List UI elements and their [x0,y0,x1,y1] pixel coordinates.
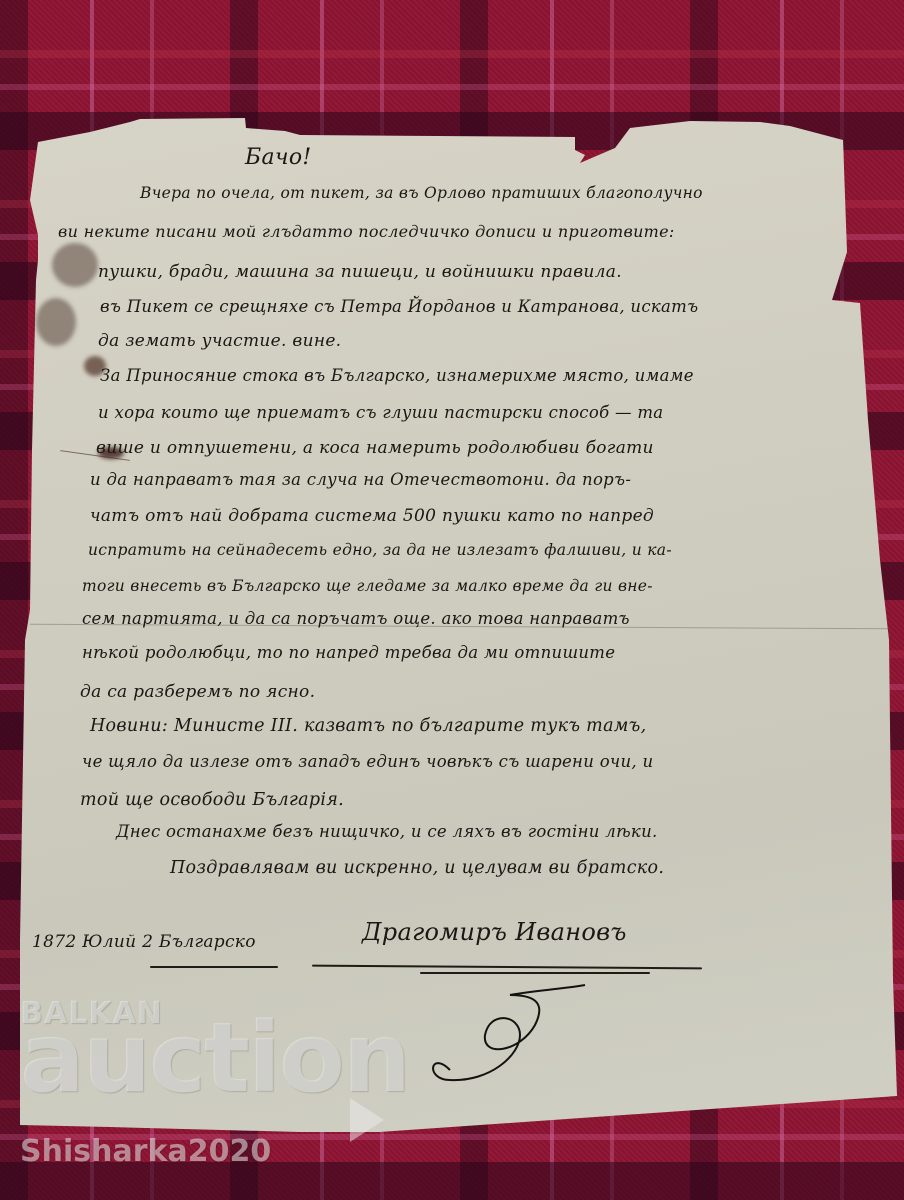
letter-line: За Приносяние стока въ Българско, изнаме… [100,366,694,385]
letter-line: вишe и отпушетени, а коса намерить родол… [96,438,654,458]
watermark-brand-main: auction [20,1010,409,1106]
signature-flourish [410,980,610,1100]
letter-line: Вчера по очела, от пикет, за въ Орлово п… [140,184,703,202]
letter-line: Днес останахме безъ нищичко, и се ляхъ в… [116,822,658,841]
ink-stain [52,243,98,287]
watermark-play-icon [350,1098,384,1142]
letter-line: въ Пикет се срещняхе съ Петра Йорданов и… [100,297,698,316]
letter-line: чатъ отъ най добрата система 500 пушки к… [90,506,654,526]
letter-line: нѣкой родолюбци, то по напред требва да … [82,643,615,662]
date-underline [150,966,278,968]
letter-line: Поздравлявам ви искренно, и целувам ви б… [170,858,664,878]
letter-date-place: 1872 Юлий 2 Българско [32,932,256,952]
letter-salutation: Бачо! [245,145,312,170]
letter-line: Новини: Министе III. казватъ по българит… [90,716,646,736]
letter-line: че щяло да излезе отъ западъ единъ човѣк… [82,752,653,771]
letter-signature: Драгомиръ Ивановъ [362,918,627,946]
letter-line: и хора които ще приематъ съ глуши пастир… [98,403,663,422]
letter-line: сем партията, и да са поръчатъ още. ако … [82,609,630,628]
letter-line: да са разберемъ по ясно. [80,682,315,702]
letter-line: да земать участие. вине. [98,331,341,351]
letter-line: испратить на сейнадесеть едно, за да не … [88,541,672,559]
signature-underline [420,972,650,974]
letter-line: и да направатъ тая за случа на Отечество… [90,470,631,489]
letter-line: пушки, бради, машина за пишеци, и войниш… [98,262,622,282]
ink-stain [36,298,76,346]
letter-line: ви неките писани мой глъдатто последчичк… [58,222,675,241]
watermark-seller: Shisharka2020 [20,1134,271,1169]
letter-line: тоги внесеть въ Българско ще гледаме за … [82,577,653,595]
letter-line: той ще освободи Българiя. [80,790,344,810]
